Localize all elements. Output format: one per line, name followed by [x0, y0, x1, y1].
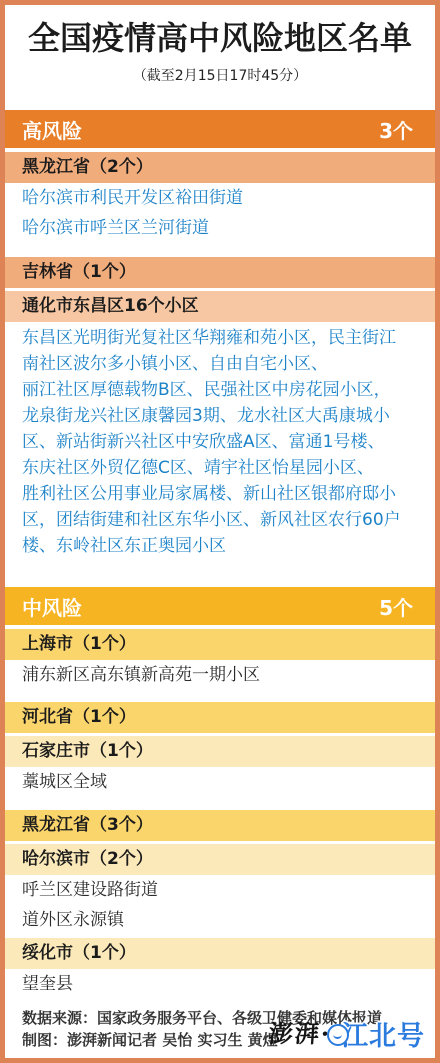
- mascot-icon: [327, 1024, 349, 1046]
- province-band-hebei: 河北省（1个）: [5, 702, 435, 733]
- thepaper-logo: 澎湃·: [267, 1014, 332, 1049]
- subtitle-timestamp: （截至2月15日17时45分）: [5, 65, 435, 85]
- jiangbeihao-watermark: 江北号: [341, 1014, 425, 1053]
- community-line: 丽江社区厚德载物B区、民强社区中房花园小区，: [22, 377, 419, 403]
- area-row: 望奎县: [5, 969, 435, 999]
- high-risk-count: 3个: [379, 115, 413, 144]
- community-line: 南社区波尔多小镇小区、自由自宅小区、: [22, 351, 419, 377]
- footer-logos: 澎湃· 江北号: [269, 1010, 425, 1053]
- area-row: 哈尔滨市利民开发区裕田街道: [5, 183, 435, 213]
- community-line: 胜利社区公用事业局家属楼、新山社区银都府邸小: [22, 481, 419, 507]
- community-line: 楼、东岭社区东正奥园小区: [22, 533, 419, 559]
- city-band-suihua: 绥化市（1个）: [5, 938, 435, 969]
- community-line: 龙泉街龙兴社区康馨园3期、龙水社区大禹康城小: [22, 403, 419, 429]
- province-band-jilin: 吉林省（1个）: [5, 257, 435, 288]
- province-band-heilongjiang-high: 黑龙江省（2个）: [5, 152, 435, 183]
- city-band-tonghua: 通化市东昌区16个小区: [5, 291, 435, 322]
- medium-risk-label: 中风险: [22, 592, 82, 621]
- community-line: 东庆社区外贸亿德C区、靖宇社区怡星园小区、: [22, 455, 419, 481]
- province-band-heilongjiang-medium: 黑龙江省（3个）: [5, 810, 435, 841]
- community-line: 东昌区光明街光复社区华翔雍和苑小区，民主街江: [22, 325, 419, 351]
- medium-risk-header: 中风险 5个: [5, 587, 435, 625]
- medium-risk-count: 5个: [379, 592, 413, 621]
- area-row: 哈尔滨市呼兰区兰河街道: [5, 213, 435, 243]
- tonghua-communities-list: 东昌区光明街光复社区华翔雍和苑小区，民主街江 南社区波尔多小镇小区、自由自宅小区…: [5, 322, 435, 562]
- city-band-harbin: 哈尔滨市（2个）: [5, 844, 435, 875]
- area-row: 呼兰区建设路街道: [5, 875, 435, 905]
- title-area: 全国疫情高中风险地区名单 （截至2月15日17时45分）: [5, 5, 435, 105]
- area-row: 浦东新区高东镇新高苑一期小区: [5, 660, 435, 690]
- area-row: 道外区永源镇: [5, 905, 435, 935]
- high-risk-label: 高风险: [22, 115, 82, 144]
- province-band-shanghai: 上海市（1个）: [5, 629, 435, 660]
- community-line: 区、新站街新兴社区中安欣盛A区、富通1号楼、: [22, 429, 419, 455]
- area-row: 藁城区全域: [5, 767, 435, 797]
- infographic-frame: 全国疫情高中风险地区名单 （截至2月15日17时45分） 高风险 3个 黑龙江省…: [0, 0, 440, 1063]
- high-risk-header: 高风险 3个: [5, 110, 435, 148]
- community-line: 区，团结街建和社区东华小区、新风社区农行60户: [22, 507, 419, 533]
- city-band-shijiazhuang: 石家庄市（1个）: [5, 736, 435, 767]
- page-title: 全国疫情高中风险地区名单: [5, 5, 435, 60]
